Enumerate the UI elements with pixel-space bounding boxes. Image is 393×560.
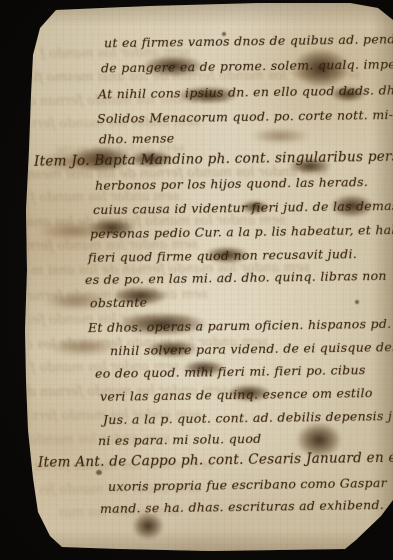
photo-background: sem andor los mando fernan de los ansi m…: [0, 0, 393, 560]
paper-edge-shading: [0, 0, 393, 560]
manuscript-page: sem andor los mando fernan de los ansi m…: [0, 0, 393, 560]
